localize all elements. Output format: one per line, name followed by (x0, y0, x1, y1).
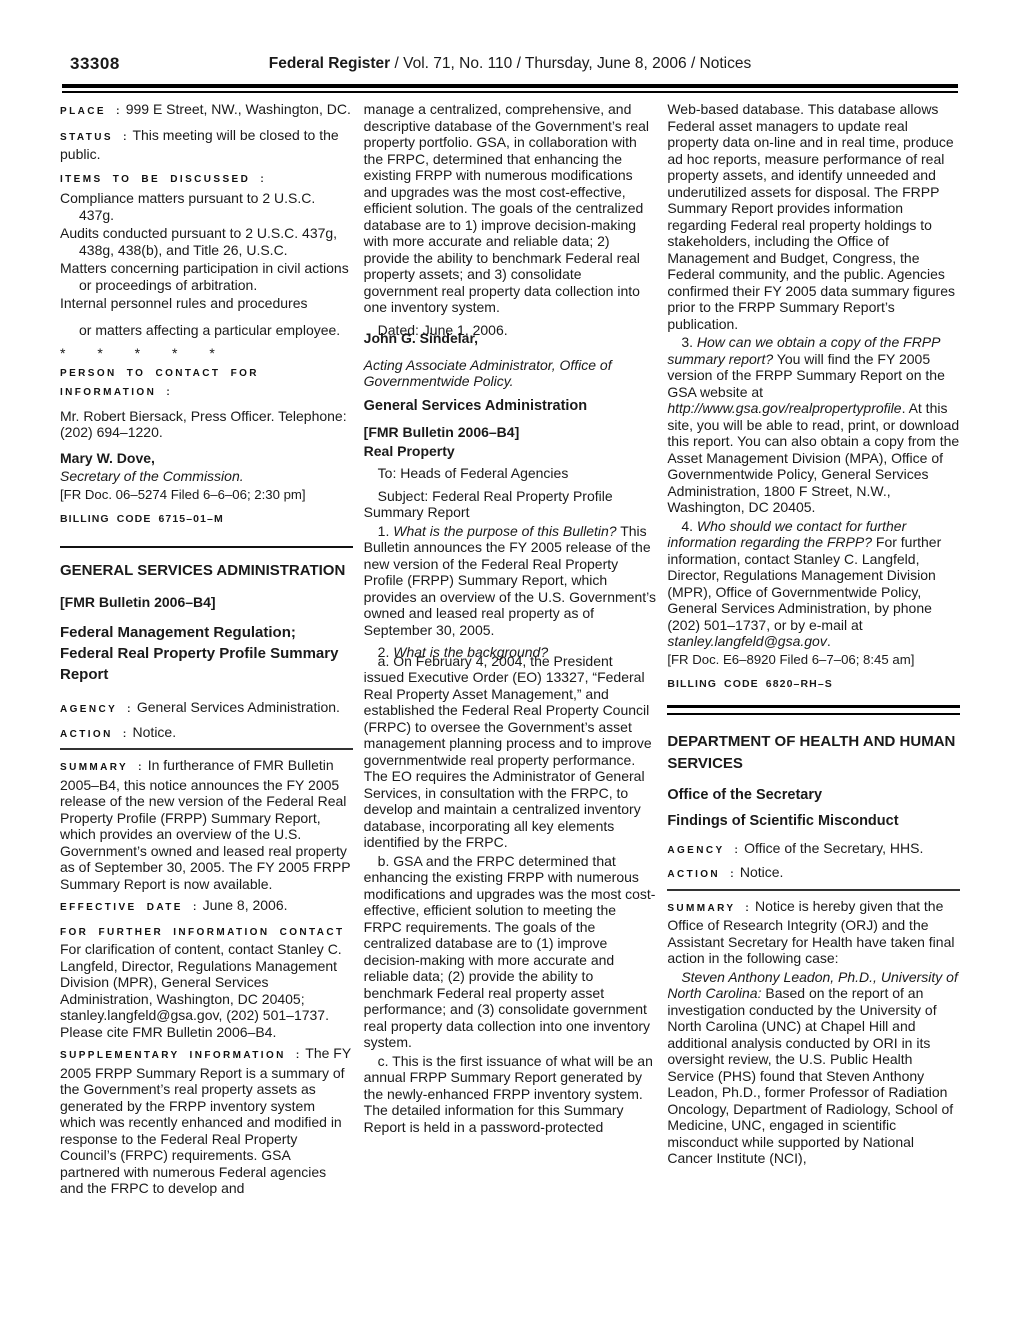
signature-title: Secretary of the Commission. (60, 468, 353, 485)
person-contact-text: Mr. Robert Biersack, Press Officer. Tele… (60, 408, 353, 441)
supplementary-row: SUPPLEMENTARY INFORMATION : The FY 2005 … (60, 1045, 353, 1197)
background-item-c: c. This is the first issuance of what wi… (364, 1053, 657, 1136)
action-row: ACTION : Notice. (667, 864, 960, 891)
action-text: Notice. (133, 724, 177, 740)
page-columns: PLACE : 999 E Street, NW., Washington, D… (60, 101, 960, 1199)
action-text: Notice. (740, 864, 784, 880)
status-label: STATUS : (60, 132, 129, 143)
agency-text: General Services Administration. (137, 699, 340, 715)
background-item-b: b. GSA and the FRPC determined that enha… (364, 853, 657, 1051)
further-info-text: For clarification of content, contact St… (60, 941, 342, 1040)
column-2: manage a centralized, comprehensive, and… (364, 101, 657, 1199)
background-item-a: a. On February 4, 2004, the President is… (364, 653, 657, 851)
subject-line: Subject: Federal Real Property Profile S… (364, 488, 657, 521)
summary-text: In furtherance of FMR Bulletin 2005–B4, … (60, 757, 350, 892)
signature-title: Acting Associate Administrator, Office o… (364, 357, 657, 390)
effective-date-text: June 8, 2006. (203, 897, 288, 913)
discussion-item: Internal personnel rules and procedures (60, 295, 353, 312)
body-paragraph: Web-based database. This database allows… (667, 101, 960, 332)
discussion-item-continued: or matters affecting a particular employ… (60, 322, 353, 339)
further-info-row: FOR FURTHER INFORMATION CONTACT For clar… (60, 922, 353, 1041)
billing-code: BILLING CODE 6715–01–M (60, 511, 353, 528)
billing-code: BILLING CODE 6820–RH–S (667, 676, 960, 693)
federal-register-page: 33308 Federal Register / Vol. 71, No. 11… (0, 0, 1020, 1320)
summary-row: SUMMARY : In furtherance of FMR Bulletin… (60, 757, 353, 892)
effective-date-row: EFFECTIVE DATE : June 8, 2006. (60, 897, 353, 917)
bulletin-subject-title: Real Property (364, 443, 657, 460)
question-number: 4. (681, 518, 697, 534)
place-text: 999 E Street, NW., Washington, DC. (126, 101, 351, 117)
column-1: PLACE : 999 E Street, NW., Washington, D… (60, 101, 353, 1199)
website-url: http://www.gsa.gov/realpropertyprofile (667, 400, 901, 416)
question-number: 3. (681, 334, 697, 350)
supplementary-text: The FY 2005 FRPP Summary Report is a sum… (60, 1045, 351, 1196)
header-rule-thin (62, 91, 958, 93)
question-text: What is the purpose of this Bulletin? (393, 523, 616, 539)
discussion-item: Matters concerning participation in civi… (60, 260, 353, 293)
column-3: Web-based database. This database allows… (667, 101, 960, 1199)
person-label-row: PERSON TO CONTACT FOR INFORMATION : (60, 363, 353, 402)
discussion-item: Compliance matters pursuant to 2 U.S.C. … (60, 190, 353, 223)
agency-label: AGENCY : (667, 845, 740, 856)
items-label-row: ITEMS TO BE DISCUSSED : (60, 169, 353, 189)
question-4: 4. Who should we contact for further inf… (667, 518, 960, 650)
action-label: ACTION : (60, 729, 129, 740)
case-text: Based on the report of an investigation … (667, 985, 953, 1166)
agency-row: AGENCY : General Services Administration… (60, 699, 353, 719)
notice-title: Findings of Scientific Misconduct (667, 813, 960, 830)
attachment-heading: General Services Administration (364, 398, 657, 415)
summary-row: SUMMARY : Notice is hereby given that th… (667, 898, 960, 967)
office-heading: Office of the Secretary (667, 787, 960, 804)
further-info-label: FOR FURTHER INFORMATION CONTACT (60, 927, 345, 938)
notice-separator-double (667, 705, 960, 715)
agency-label: AGENCY : (60, 704, 133, 715)
case-paragraph: Steven Anthony Leadon, Ph.D., University… (667, 969, 960, 1167)
running-title: Federal Register / Vol. 71, No. 110 / Th… (62, 55, 958, 73)
person-contact-label: PERSON TO CONTACT FOR INFORMATION : (60, 368, 259, 399)
agency-heading-hhs: DEPARTMENT OF HEALTH AND HUMAN SERVICES (667, 731, 960, 775)
status-row: STATUS : This meeting will be closed to … (60, 127, 353, 163)
to-line: To: Heads of Federal Agencies (364, 465, 657, 482)
action-label: ACTION : (667, 869, 736, 880)
email-address: stanley.langfeld@gsa.gov (667, 633, 827, 649)
place-row: PLACE : 999 E Street, NW., Washington, D… (60, 101, 353, 121)
answer-text: This Bulletin announces the FY 2005 rele… (364, 523, 656, 638)
summary-label: SUMMARY : (60, 762, 144, 773)
summary-label: SUMMARY : (667, 903, 751, 914)
answer-text: . At this site, you will be able to read… (667, 400, 959, 515)
place-label: PLACE : (60, 106, 122, 117)
issue-info: / Vol. 71, No. 110 / Thursday, June 8, 2… (390, 55, 751, 72)
effective-date-label: EFFECTIVE DATE : (60, 902, 199, 913)
bulletin-number: [FMR Bulletin 2006–B4] (60, 594, 353, 611)
discussion-item: Audits conducted pursuant to 2 U.S.C. 43… (60, 225, 353, 258)
signature-name: Mary W. Dove, (60, 450, 353, 467)
asterisk-separator: * * * * * (60, 345, 353, 362)
signature-name: John G. Sindelar, (364, 330, 657, 347)
notice-separator (60, 546, 353, 548)
items-label: ITEMS TO BE DISCUSSED : (60, 174, 266, 185)
question-text: Who should we contact for further inform… (667, 518, 906, 551)
fr-doc-line: [FR Doc. 06–5274 Filed 6–6–06; 2:30 pm] (60, 487, 353, 504)
supplementary-label: SUPPLEMENTARY INFORMATION : (60, 1050, 302, 1061)
agency-text: Office of the Secretary, HHS. (744, 840, 923, 856)
question-3: 3. How can we obtain a copy of the FRPP … (667, 334, 960, 516)
answer-text: . (827, 633, 831, 649)
action-row: ACTION : Notice. (60, 724, 353, 751)
publication-name: Federal Register (269, 55, 390, 72)
question-1: 1. What is the purpose of this Bulletin?… (364, 523, 657, 639)
running-head: 33308 Federal Register / Vol. 71, No. 11… (62, 54, 958, 78)
question-number: 1. (378, 523, 394, 539)
fr-doc-line: [FR Doc. E6–8920 Filed 6–7–06; 8:45 am] (667, 652, 960, 669)
notice-title: Federal Management Regulation; Federal R… (60, 622, 353, 685)
bulletin-number: [FMR Bulletin 2006–B4] (364, 424, 657, 441)
body-paragraph: manage a centralized, comprehensive, and… (364, 101, 657, 316)
agency-heading-gsa: GENERAL SERVICES ADMINISTRATION (60, 560, 353, 582)
header-rule-thick (62, 84, 958, 88)
agency-row: AGENCY : Office of the Secretary, HHS. (667, 840, 960, 860)
